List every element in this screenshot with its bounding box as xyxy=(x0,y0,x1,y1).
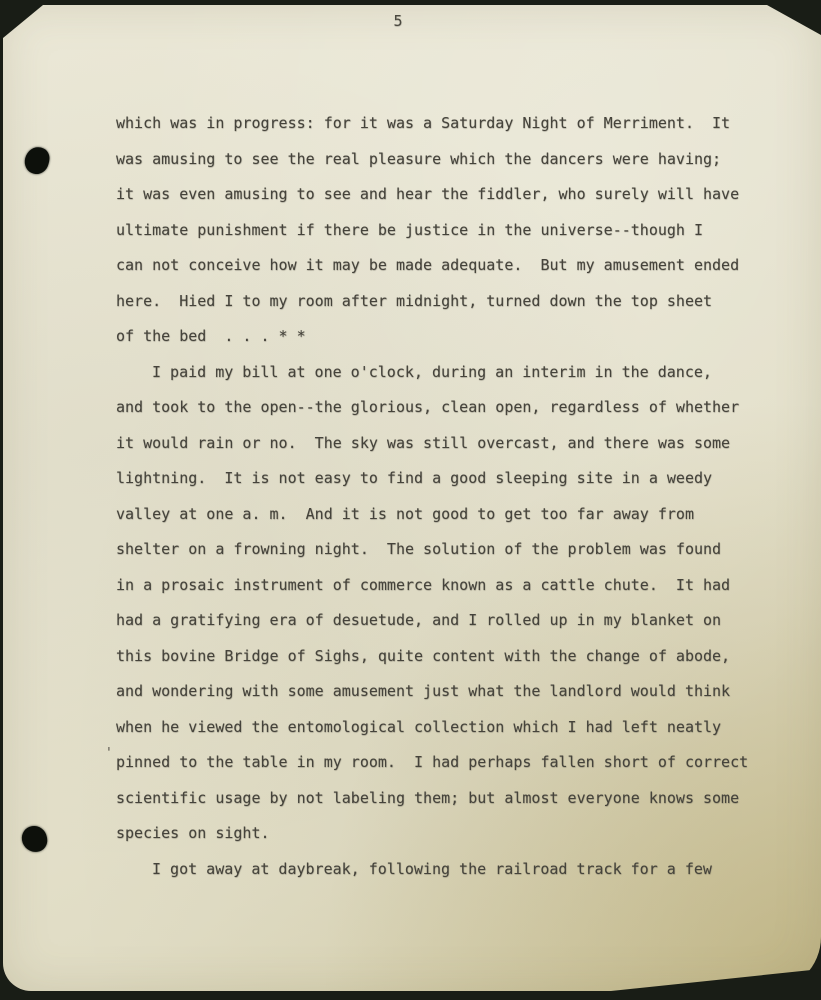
text-line: here. Hied I to my room after midnight, … xyxy=(116,284,796,320)
text-line: and wondering with some amusement just w… xyxy=(116,674,796,710)
text-line: valley at one a. m. And it is not good t… xyxy=(116,497,796,533)
text-line: shelter on a frowning night. The solutio… xyxy=(116,532,796,568)
scanned-page: 5 ' which was in progress: for it was a … xyxy=(0,0,821,1000)
text-line: was amusing to see the real pleasure whi… xyxy=(116,142,796,178)
text-line: lightning. It is not easy to find a good… xyxy=(116,461,796,497)
stray-ink-mark: ' xyxy=(105,746,113,761)
text-line: it would rain or no. The sky was still o… xyxy=(116,426,796,462)
text-line: had a gratifying era of desuetude, and I… xyxy=(116,603,796,639)
text-line: and took to the open--the glorious, clea… xyxy=(116,390,796,426)
text-block: which was in progress: for it was a Satu… xyxy=(116,106,796,887)
text-line: can not conceive how it may be made adeq… xyxy=(116,248,796,284)
text-line: I got away at daybreak, following the ra… xyxy=(116,852,796,888)
text-line: it was even amusing to see and hear the … xyxy=(116,177,796,213)
text-line: when he viewed the entomological collect… xyxy=(116,710,796,746)
text-line: this bovine Bridge of Sighs, quite conte… xyxy=(116,639,796,675)
text-line: pinned to the table in my room. I had pe… xyxy=(116,745,796,781)
text-line: species on sight. xyxy=(116,816,796,852)
text-line: ultimate punishment if there be justice … xyxy=(116,213,796,249)
text-line: in a prosaic instrument of commerce know… xyxy=(116,568,796,604)
text-line: of the bed . . . * * xyxy=(116,319,796,355)
page-number: 5 xyxy=(368,12,428,30)
text-line: which was in progress: for it was a Satu… xyxy=(116,106,796,142)
text-line: scientific usage by not labeling them; b… xyxy=(116,781,796,817)
text-line: I paid my bill at one o'clock, during an… xyxy=(116,355,796,391)
